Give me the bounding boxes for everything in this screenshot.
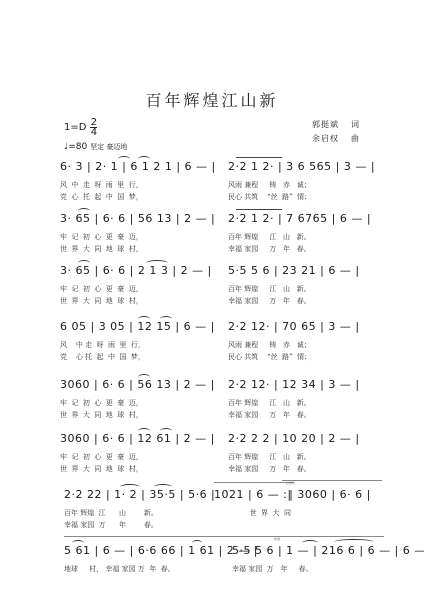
lyricist-role: 词	[351, 118, 360, 132]
tie	[334, 539, 374, 545]
lyricist-credit: 郭挺斌 词	[312, 118, 360, 132]
composer-role: 曲	[351, 132, 360, 146]
notes-left: 6 05 | 3 05 | 12 15 | 6 — |	[60, 320, 220, 336]
lyric-line-2-right: 幸福 家园 万 年 春。	[228, 410, 311, 420]
notes-left: 3· 65 | 6· 6 | 2 1 3 | 2 — |	[60, 264, 220, 280]
credits: 郭挺斌 词 余启权 曲	[312, 118, 360, 146]
notes-right: 2·2 1 2· | 3 6 565 | 3 — |	[228, 160, 378, 176]
lyric-line-1-left: 地球 村， 幸福 家园 万 年 春。	[64, 564, 175, 574]
tempo-marking: ♩=80 坚定 豪迈地	[64, 142, 127, 152]
notes-left: 2·2 22 | 1· 2 | 35·5 | 5·6 |	[64, 488, 214, 504]
notes-right: 5·5 5 6 | 23 21 | 6 — |	[228, 264, 378, 280]
notes-right: 2·2 1 2· | 7 6765 | 6 — |	[228, 212, 378, 228]
lyric-line-2-left: 世 界 大 同 地 球 村，	[60, 296, 143, 306]
notes-right: 5·5 5 6 | 1 — | 216 6 | 6 — | 6 — ‖	[232, 544, 392, 560]
notes-left: 3· 65 | 6· 6 | 56 13 | 2 — |	[60, 212, 220, 228]
ending-bracket	[282, 480, 382, 481]
slur	[138, 428, 150, 434]
lyric-line-2-left: 党 心 托 起 中 国 梦，	[60, 192, 143, 202]
lyric-line-2-right: 幸福 家园 万 年 春。	[228, 296, 311, 306]
lyric-line-1-right: 百年 辉煌 江 山 新。	[228, 452, 311, 462]
slur	[138, 316, 150, 322]
lyric-line-2-left: 幸福 家园 万 年 春。	[64, 520, 158, 530]
slur	[138, 374, 150, 380]
lyric-line-1-left: 风 中 走 呀 雨 里 行，	[60, 180, 143, 190]
slur	[78, 208, 90, 214]
slur	[302, 540, 318, 546]
volta-bracket	[214, 482, 294, 483]
composer-credit: 余启权 曲	[312, 132, 360, 146]
lyric-line-1-right: 世 界 大 同	[214, 508, 291, 518]
tempo-value: ♩=80	[64, 142, 87, 152]
tempo-expression: 坚定 豪迈地	[90, 143, 127, 151]
lyric-line-1-left: 牢 记 初 心 更 豪 迈，	[60, 284, 143, 294]
lyric-line-1-left: 牢 记 初 心 更 豪 迈，	[60, 452, 143, 462]
notes-right: 2·2 2 2 | 10 20 | 2 — |	[228, 432, 378, 448]
lyric-line-1-left: 牢 记 初 心 更 豪 迈，	[60, 398, 143, 408]
lyric-line-1-right: 百年 辉煌 江 山 新。	[228, 232, 311, 242]
slur	[72, 540, 84, 546]
slur	[120, 484, 140, 490]
lyric-line-2-left: 世 界 大 同 地 球 村，	[60, 244, 143, 254]
time-bottom: 4	[91, 128, 97, 137]
lyric-line-1-left: 百年 辉煌 江 山 新。	[64, 508, 158, 518]
lyric-line-1-left: 风 中 走 呀 雨 里 行，	[60, 340, 145, 350]
lyric-line-1-left: 牢 记 初 心 更 豪 迈，	[60, 232, 143, 242]
lyric-line-2-left: 世 界 大 同 地 球 村，	[60, 464, 143, 474]
crescendo-mark	[236, 209, 282, 210]
lyric-line-1-right: 风雨 兼程 铸 赤 诚；	[228, 340, 311, 350]
slur	[154, 484, 172, 490]
lyric-line-2-right: 民心 共筑 “丝 路” 情；	[228, 192, 311, 202]
slur	[160, 428, 172, 434]
notes-left: 5 61 | 6 — | 6·6 66 | 1 61 | 2 — |	[64, 544, 234, 560]
slur	[192, 540, 202, 546]
lyric-line-1-right: 百年 辉煌 江 山 新。	[228, 398, 311, 408]
key-signature: 1=D 2 4	[64, 118, 97, 137]
lyric-line-2-left: 世 界 大 同 地 球 村，	[60, 410, 143, 420]
lyric-line-1-right: 百年 辉煌 江 山 新。	[228, 284, 311, 294]
fermata-label: 渐慢	[274, 537, 280, 541]
notes-right: 1021 | 6 — :‖ 3060 | 6· 6 |	[214, 488, 384, 504]
notes-right: 2·2 12· | 70 65 | 3 — |	[228, 320, 378, 336]
key-tonic: 1=D	[64, 122, 86, 133]
lyric-line-2-right: 幸福 家园 万 年 春。	[228, 244, 311, 254]
time-signature: 2 4	[90, 118, 97, 137]
lyric-line-1-right: 风雨 兼程 铸 赤 诚；	[228, 180, 311, 190]
slur	[160, 316, 172, 322]
lyric-line-2-left: 党 心 托 起 中 国 梦，	[60, 352, 145, 362]
staff-frame	[64, 536, 384, 537]
volta-label: 结束句	[286, 481, 295, 485]
slur	[78, 260, 90, 266]
notes-left: 3060 | 6· 6 | 12 61 | 2 — |	[60, 432, 220, 448]
slur	[118, 156, 130, 162]
notes-left: 3060 | 6· 6 | 56 13 | 2 — |	[60, 378, 220, 394]
lyric-line-2-right: 幸福 家园 万 年 春。	[228, 464, 311, 474]
lyric-line-2-right: 民心 共筑 “丝 路” 情；	[228, 352, 311, 362]
lyricist-name: 郭挺斌	[312, 118, 339, 132]
slur	[146, 260, 168, 266]
time-top: 2	[91, 118, 97, 127]
composer-name: 余启权	[312, 132, 339, 146]
song-title: 百年辉煌江山新	[0, 88, 424, 111]
notes-left: 6· 3 | 2· 1 | 6 1 2 1 | 6 — |	[60, 160, 220, 176]
notes-right: 2·2 12· | 12 34 | 3 — |	[228, 378, 378, 394]
crescendo-mark	[236, 157, 282, 158]
slur	[138, 156, 150, 162]
lyric-line-1-right: 幸福 家园 万 年 春。	[232, 564, 312, 574]
